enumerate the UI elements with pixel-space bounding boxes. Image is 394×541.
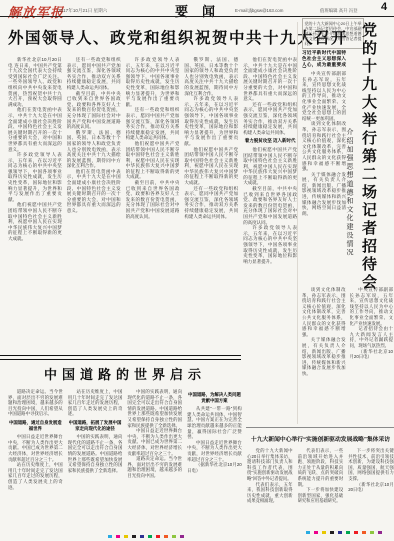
right-article-lower-body: 谈到文化体制改革，孙志军表示，围绕培育和践行社会主义核心价值观，深化文化体制改革… <box>302 287 393 424</box>
right-article-vertical-headline: 党的十九大举行第二场记者招待会 <box>358 22 379 294</box>
main-article-column-3: 许多政党领导人表示，五年来，在以习近平同志为核心的中共中央坚强领导下，中国各项事… <box>126 57 180 354</box>
right-article-divider <box>246 427 394 428</box>
reg-mark <box>172 535 176 538</box>
dao-article-column-2: 站在历史维度上，中国用几十年时间走完了发达国家几百年走过的发展历程，创造了人类发… <box>68 389 123 531</box>
reg-mark <box>378 531 382 534</box>
reg-mark <box>132 535 136 538</box>
reg-mark <box>346 531 350 534</box>
registration-marks-left <box>108 535 184 538</box>
page-number: 4 <box>381 1 387 13</box>
reg-mark <box>140 535 144 538</box>
reg-mark <box>148 535 152 538</box>
reg-mark <box>116 535 120 538</box>
reg-mark <box>338 531 342 534</box>
masthead-logo: 解放军报 <box>8 2 64 21</box>
bottom-right-column-2: 代表们表示，一些前沿领域开始进入并跑、领跑阶段，科技实力正处于从量的积累向质的飞… <box>298 448 344 530</box>
dao-article-column-1: 道路决定命运。当今世界，面对层出不穷的发展难题和治理困境，越来越多的目光投向中国… <box>8 389 63 531</box>
reg-mark <box>124 535 128 538</box>
reg-mark <box>108 535 112 538</box>
reg-mark <box>306 531 310 534</box>
reg-mark <box>362 531 366 534</box>
newspaper-page: 解放军报 2017年10月21日 星期六 要闻 E-mail:jfjbgsw@1… <box>0 0 394 541</box>
reg-mark <box>354 531 358 534</box>
main-article-column-5: 他们在贺电贺函中表示，中共十九大是在中国全面建成小康社会决胜阶段、中国特色社会主… <box>243 57 297 424</box>
right-article-vertical-subtitle: 介绍加强思想道德和文化建设情况 <box>344 128 354 280</box>
main-article-column-4: 俄罗斯、法国、德国、英国、日本等数十个国家的领导人和政党负责人也分别致电致函，表… <box>184 57 238 354</box>
reg-mark <box>156 535 160 538</box>
reg-mark <box>330 531 334 534</box>
bottom-right-column-1: 党的十九大新闻中心20日举行集体采访，邀请科技部门负责人和科技工作者代表，围绕“… <box>247 448 293 530</box>
right-article-intro: 习近平新时代中国特色社会主义思想深入人心，成为最重要成果 <box>302 50 346 68</box>
main-article-column-2: 还有一些政党和组织表示，愿同中国共产党加强交流互鉴，深化各领域务实合作，推动双方… <box>67 57 121 354</box>
reg-mark <box>180 535 184 538</box>
vertical-hairline <box>297 22 298 424</box>
reg-mark <box>164 535 168 538</box>
contact-email: E-mail:jfjbgsw@163.com <box>235 8 283 13</box>
dao-article-headline: 中国道路的世界启示 <box>8 364 242 383</box>
reg-mark <box>370 531 374 534</box>
dao-article-column-4: 中国道路，为解决人类问题贡献中国方案从共建“一带一路”到构建人类命运共同体，中国… <box>187 389 242 531</box>
right-article-column-top: 中央宣传部副部长孙志军说，五年来，宣传思想文化战线坚持以人民为中心的工作导向，推… <box>302 71 346 283</box>
section-title: 要闻 <box>140 1 250 20</box>
dao-article-column-3: 中国的实践表明，通向现代化的道路不止一条，各国完全可以走出符合自身国情的发展道路… <box>127 389 182 531</box>
header-rule <box>0 16 394 17</box>
editors-credit: 值班编辑 高升 冯登 <box>320 8 358 14</box>
main-article-column-1: 新华社北京10月20日电 连日来，中国共产党第十九次全国代表大会持续受到国际社会… <box>8 57 62 354</box>
reg-mark <box>322 531 326 534</box>
registration-marks-right <box>306 531 382 534</box>
right-article-lower-column-2: 中央宣传部副部长孙志军说，五年来，宣传思想文化战线坚持以人民为中心的工作导向，推… <box>350 287 394 424</box>
right-article-lower-column-1: 谈到文化体制改革，孙志军表示，围绕培育和践行社会主义核心价值观，深化文化体制改革… <box>302 287 346 424</box>
bottom-right-column-3: 下一步将突出关键共性技术、前沿引领技术创新，为建设科技强国、质量强国、航天强国、… <box>348 448 394 530</box>
bottom-right-headline: 十九大新闻中心举行“实施创新驱动发展战略”集体采访 <box>247 434 394 443</box>
reg-mark <box>314 531 318 534</box>
issue-date: 2017年10月21日 星期六 <box>58 8 107 14</box>
bottom-right-body: 党的十九大新闻中心20日举行集体采访，邀请科技部门负责人和科技工作者代表，围绕“… <box>247 448 394 530</box>
main-article-headline: 外国领导人、政党和组织祝贺中共十九大召开 <box>8 26 297 48</box>
right-article-lead: 党的十九大新闻中心20日上午举办第二场记者招待会，中宣部副部长孙志军等介绍加强思… <box>302 18 364 49</box>
dao-article-body: 道路决定命运。当今世界，面对层出不穷的发展难题和治理困境，越来越多的目光投向中国… <box>8 389 242 531</box>
section-divider-rule <box>0 355 241 360</box>
